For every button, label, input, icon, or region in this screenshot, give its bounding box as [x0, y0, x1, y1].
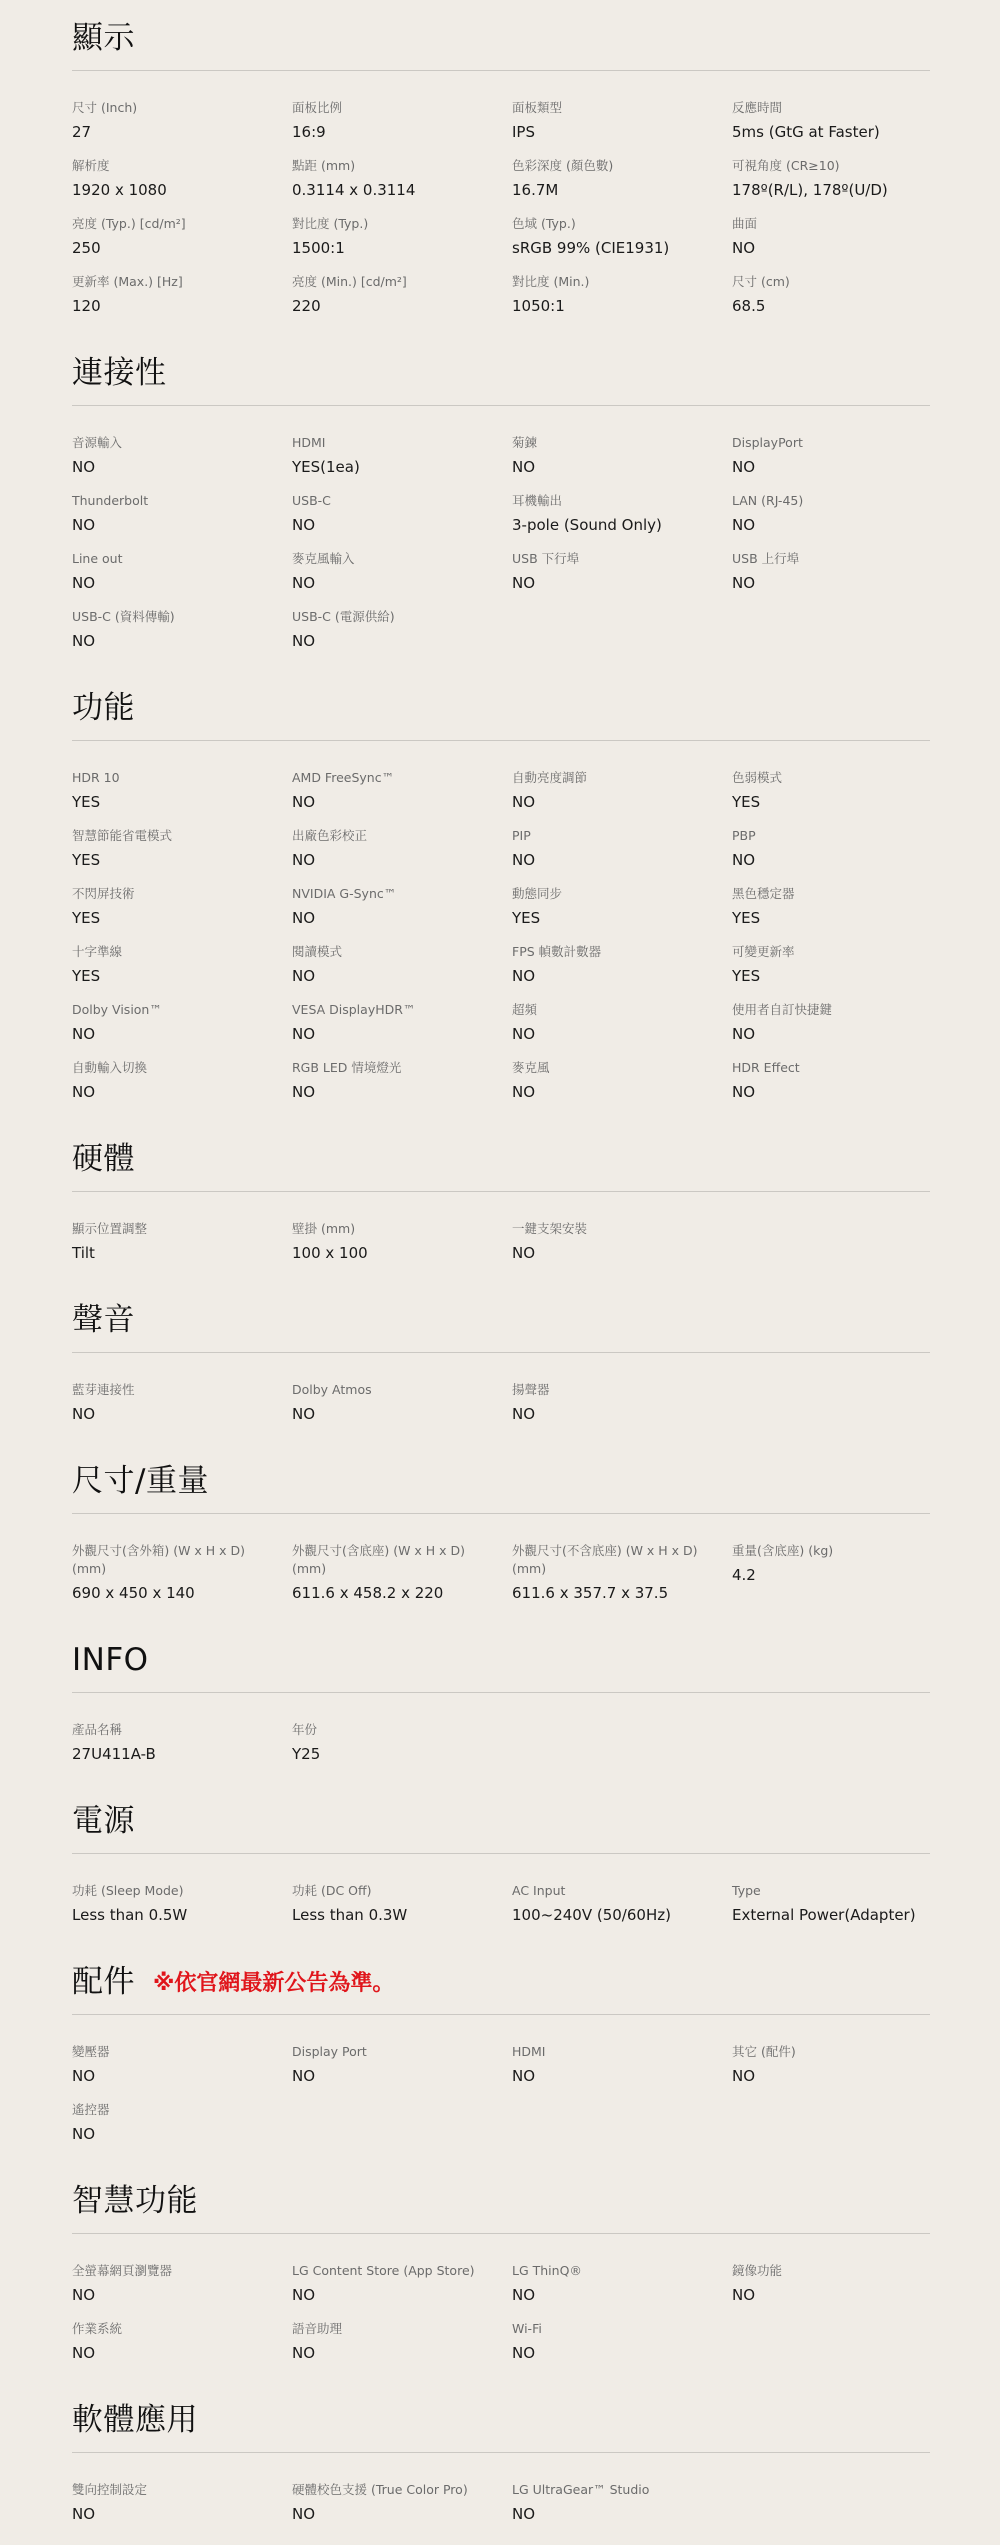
spec-label: LG ThinQ® [512, 2262, 718, 2280]
spec-value: NO [292, 1081, 498, 1103]
spec-value: NO [732, 237, 938, 259]
section-header: 軟體應用 [72, 2400, 930, 2453]
spec-value: NO [72, 2503, 278, 2525]
spec-label: 超頻 [512, 1001, 718, 1019]
spec-section-display: 顯示尺寸 (Inch)27面板比例16:9面板類型IPS反應時間5ms (GtG… [72, 18, 930, 331]
spec-item: 面板類型IPS [512, 99, 732, 143]
spec-label: 智慧節能省電模式 [72, 827, 278, 845]
section-header: 電源 [72, 1801, 930, 1854]
spec-value: 250 [72, 237, 278, 259]
spec-value: NO [512, 1403, 718, 1425]
spec-value: NO [732, 456, 938, 478]
section-header: 顯示 [72, 18, 930, 71]
spec-label: 重量(含底座) (kg) [732, 1542, 938, 1560]
spec-value: NO [732, 572, 938, 594]
spec-value: Tilt [72, 1242, 278, 1264]
spec-label: 亮度 (Typ.) [cd/m²] [72, 215, 278, 233]
section-title: 顯示 [72, 18, 135, 58]
spec-label: 揚聲器 [512, 1381, 718, 1399]
spec-label: 音源輸入 [72, 434, 278, 452]
spec-label: 對比度 (Typ.) [292, 215, 498, 233]
spec-label: USB-C [292, 492, 498, 510]
spec-item: TypeExternal Power(Adapter) [732, 1882, 952, 1926]
section-title: 軟體應用 [72, 2400, 198, 2440]
spec-label: Wi-Fi [512, 2320, 718, 2338]
spec-value: NO [292, 791, 498, 813]
spec-value: NO [512, 1023, 718, 1045]
spec-value: 27 [72, 121, 278, 143]
spec-section-accessories: 配件※依官網最新公告為準。變壓器NODisplay PortNOHDMINO其它… [72, 1962, 930, 2159]
spec-label: 尺寸 (cm) [732, 273, 938, 291]
spec-label: 外觀尺寸(不含底座) (W x H x D) (mm) [512, 1542, 718, 1578]
spec-label: 對比度 (Min.) [512, 273, 718, 291]
spec-label: 壁掛 (mm) [292, 1220, 498, 1238]
spec-value: 68.5 [732, 295, 938, 317]
spec-item: 色域 (Typ.)sRGB 99% (CIE1931) [512, 215, 732, 259]
section-header: 智慧功能 [72, 2181, 930, 2234]
spec-value: NO [292, 572, 498, 594]
spec-item: 遙控器NO [72, 2101, 292, 2145]
spec-label: 黑色穩定器 [732, 885, 938, 903]
spec-value: 611.6 x 357.7 x 37.5 [512, 1582, 718, 1604]
spec-value: 690 x 450 x 140 [72, 1582, 278, 1604]
spec-label: 使用者自訂快捷鍵 [732, 1001, 938, 1019]
spec-value: NO [72, 514, 278, 536]
spec-value: NO [72, 1403, 278, 1425]
spec-label: USB-C (電源供給) [292, 608, 498, 626]
spec-label: 功耗 (Sleep Mode) [72, 1882, 278, 1900]
spec-value: YES [72, 965, 278, 987]
spec-label: Dolby Vision™ [72, 1001, 278, 1019]
spec-value: NO [72, 1023, 278, 1045]
spec-label: HDR 10 [72, 769, 278, 787]
spec-value: IPS [512, 121, 718, 143]
spec-label: 外觀尺寸(含外箱) (W x H x D) (mm) [72, 1542, 278, 1578]
spec-label: 硬體校色支援 (True Color Pro) [292, 2481, 498, 2499]
spec-label: 尺寸 (Inch) [72, 99, 278, 117]
spec-item: NVIDIA G-Sync™NO [292, 885, 512, 929]
spec-label: 不閃屏技術 [72, 885, 278, 903]
spec-value: NO [72, 2342, 278, 2364]
spec-item: 重量(含底座) (kg)4.2 [732, 1542, 952, 1586]
spec-label: Thunderbolt [72, 492, 278, 510]
spec-value: 0.3114 x 0.3114 [292, 179, 498, 201]
spec-label: PIP [512, 827, 718, 845]
spec-label: 耳機輸出 [512, 492, 718, 510]
spec-grid: 變壓器NODisplay PortNOHDMINO其它 (配件)NO遙控器NO [72, 2043, 930, 2159]
spec-item: 外觀尺寸(含外箱) (W x H x D) (mm)690 x 450 x 14… [72, 1542, 292, 1604]
spec-section-smart-features: 智慧功能全螢幕網頁瀏覽器NOLG Content Store (App Stor… [72, 2181, 930, 2378]
spec-label: USB 下行埠 [512, 550, 718, 568]
spec-label: LAN (RJ-45) [732, 492, 938, 510]
spec-label: LG Content Store (App Store) [292, 2262, 498, 2280]
spec-value: 4.2 [732, 1564, 938, 1586]
spec-grid: 外觀尺寸(含外箱) (W x H x D) (mm)690 x 450 x 14… [72, 1542, 930, 1618]
spec-label: Type [732, 1882, 938, 1900]
spec-item: 功耗 (DC Off)Less than 0.3W [292, 1882, 512, 1926]
spec-label: 語音助理 [292, 2320, 498, 2338]
spec-value: NO [512, 849, 718, 871]
spec-item: 外觀尺寸(含底座) (W x H x D) (mm)611.6 x 458.2 … [292, 1542, 512, 1604]
spec-item: 曲面NO [732, 215, 952, 259]
spec-item: HDR EffectNO [732, 1059, 952, 1103]
spec-value: NO [72, 2284, 278, 2306]
spec-item: 十字準線YES [72, 943, 292, 987]
spec-item: USB-CNO [292, 492, 512, 536]
spec-section-power: 電源功耗 (Sleep Mode)Less than 0.5W功耗 (DC Of… [72, 1801, 930, 1940]
spec-section-dimensions-weight: 尺寸/重量外觀尺寸(含外箱) (W x H x D) (mm)690 x 450… [72, 1461, 930, 1618]
spec-value: 178º(R/L), 178º(U/D) [732, 179, 938, 201]
spec-value: NO [732, 2065, 938, 2087]
spec-item: LG UltraGear™ StudioNO [512, 2481, 732, 2525]
spec-label: 十字準線 [72, 943, 278, 961]
spec-label: PBP [732, 827, 938, 845]
spec-value: 120 [72, 295, 278, 317]
spec-item: 色弱模式YES [732, 769, 952, 813]
spec-label: USB 上行埠 [732, 550, 938, 568]
spec-value: NO [732, 514, 938, 536]
spec-value: 27U411A-B [72, 1743, 278, 1765]
spec-section-features: 功能HDR 10YESAMD FreeSync™NO自動亮度調節NO色弱模式YE… [72, 688, 930, 1117]
spec-label: 閱讀模式 [292, 943, 498, 961]
spec-item: ThunderboltNO [72, 492, 292, 536]
spec-label: 自動亮度調節 [512, 769, 718, 787]
section-notice: ※依官網最新公告為準。 [153, 1960, 394, 2004]
spec-value: NO [72, 2123, 278, 2145]
spec-item: USB 下行埠NO [512, 550, 732, 594]
spec-item: Dolby Vision™NO [72, 1001, 292, 1045]
section-header: 硬體 [72, 1139, 930, 1192]
spec-item: 尺寸 (Inch)27 [72, 99, 292, 143]
spec-label: LG UltraGear™ Studio [512, 2481, 718, 2499]
spec-label: 麥克風輸入 [292, 550, 498, 568]
spec-item: 智慧節能省電模式YES [72, 827, 292, 871]
spec-item: 麥克風NO [512, 1059, 732, 1103]
spec-value: NO [72, 1081, 278, 1103]
spec-item: 語音助理NO [292, 2320, 512, 2364]
spec-item: 作業系統NO [72, 2320, 292, 2364]
spec-item: RGB LED 情境燈光NO [292, 1059, 512, 1103]
spec-item: 麥克風輸入NO [292, 550, 512, 594]
section-title: 聲音 [72, 1300, 135, 1340]
spec-item: 年份Y25 [292, 1721, 512, 1765]
spec-value: NO [512, 791, 718, 813]
spec-label: DisplayPort [732, 434, 938, 452]
spec-label: AMD FreeSync™ [292, 769, 498, 787]
spec-label: 面板比例 [292, 99, 498, 117]
spec-label: 可變更新率 [732, 943, 938, 961]
spec-label: 色彩深度 (顏色數) [512, 157, 718, 175]
section-title: 配件 [72, 1962, 135, 2002]
spec-item: Dolby AtmosNO [292, 1381, 512, 1425]
spec-grid: 雙向控制設定NO硬體校色支援 (True Color Pro)NOLG Ultr… [72, 2481, 930, 2539]
section-title: 硬體 [72, 1139, 135, 1179]
section-header: 連接性 [72, 353, 930, 406]
spec-value: NO [72, 456, 278, 478]
spec-item: 顯示位置調整Tilt [72, 1220, 292, 1264]
spec-label: 色弱模式 [732, 769, 938, 787]
spec-label: 自動輸入切換 [72, 1059, 278, 1077]
spec-item: 黑色穩定器YES [732, 885, 952, 929]
spec-grid: 藍芽連接性NODolby AtmosNO揚聲器NO [72, 1381, 930, 1439]
spec-value: NO [72, 572, 278, 594]
spec-item: 藍芽連接性NO [72, 1381, 292, 1425]
spec-item: 使用者自訂快捷鍵NO [732, 1001, 952, 1045]
spec-item: PBPNO [732, 827, 952, 871]
spec-label: HDMI [512, 2043, 718, 2061]
spec-label: 雙向控制設定 [72, 2481, 278, 2499]
spec-page: 顯示尺寸 (Inch)27面板比例16:9面板類型IPS反應時間5ms (GtG… [0, 0, 1000, 2539]
spec-value: NO [732, 2284, 938, 2306]
spec-value: NO [512, 2503, 718, 2525]
spec-value: NO [292, 2503, 498, 2525]
spec-grid: 尺寸 (Inch)27面板比例16:9面板類型IPS反應時間5ms (GtG a… [72, 99, 930, 331]
section-title: 連接性 [72, 353, 167, 393]
spec-item: 耳機輸出3-pole (Sound Only) [512, 492, 732, 536]
spec-item: 菊鍊NO [512, 434, 732, 478]
spec-value: 220 [292, 295, 498, 317]
section-title: 電源 [72, 1801, 135, 1841]
spec-value: Less than 0.3W [292, 1904, 498, 1926]
spec-item: HDMIYES(1ea) [292, 434, 512, 478]
spec-value: 16.7M [512, 179, 718, 201]
spec-grid: 全螢幕網頁瀏覽器NOLG Content Store (App Store)NO… [72, 2262, 930, 2378]
spec-label: AC Input [512, 1882, 718, 1900]
spec-item: 亮度 (Min.) [cd/m²]220 [292, 273, 512, 317]
spec-label: HDMI [292, 434, 498, 452]
spec-value: NO [292, 2065, 498, 2087]
spec-item: 壁掛 (mm)100 x 100 [292, 1220, 512, 1264]
spec-value: YES [732, 965, 938, 987]
spec-label: HDR Effect [732, 1059, 938, 1077]
spec-value: YES [512, 907, 718, 929]
spec-value: NO [732, 849, 938, 871]
spec-label: 曲面 [732, 215, 938, 233]
spec-item: 外觀尺寸(不含底座) (W x H x D) (mm)611.6 x 357.7… [512, 1542, 732, 1604]
spec-grid: 功耗 (Sleep Mode)Less than 0.5W功耗 (DC Off)… [72, 1882, 930, 1940]
spec-item: 動態同步YES [512, 885, 732, 929]
spec-item: AMD FreeSync™NO [292, 769, 512, 813]
spec-label: 全螢幕網頁瀏覽器 [72, 2262, 278, 2280]
spec-value: NO [512, 965, 718, 987]
spec-value: Y25 [292, 1743, 498, 1765]
spec-section-connectivity: 連接性音源輸入NOHDMIYES(1ea)菊鍊NODisplayPortNOTh… [72, 353, 930, 666]
spec-item: 揚聲器NO [512, 1381, 732, 1425]
spec-item: 音源輸入NO [72, 434, 292, 478]
spec-label: 藍芽連接性 [72, 1381, 278, 1399]
spec-item: 尺寸 (cm)68.5 [732, 273, 952, 317]
spec-item: 可視角度 (CR≥10)178º(R/L), 178º(U/D) [732, 157, 952, 201]
spec-label: 動態同步 [512, 885, 718, 903]
spec-label: 點距 (mm) [292, 157, 498, 175]
spec-value: 16:9 [292, 121, 498, 143]
spec-label: VESA DisplayHDR™ [292, 1001, 498, 1019]
spec-label: USB-C (資料傳輸) [72, 608, 278, 626]
spec-value: NO [512, 2065, 718, 2087]
spec-item: AC Input100~240V (50/60Hz) [512, 1882, 732, 1926]
spec-value: NO [292, 1403, 498, 1425]
spec-value: NO [292, 2342, 498, 2364]
spec-label: RGB LED 情境燈光 [292, 1059, 498, 1077]
spec-label: Dolby Atmos [292, 1381, 498, 1399]
spec-label: 功耗 (DC Off) [292, 1882, 498, 1900]
spec-label: Display Port [292, 2043, 498, 2061]
spec-item: USB-C (電源供給)NO [292, 608, 512, 652]
spec-value: External Power(Adapter) [732, 1904, 938, 1926]
spec-item: PIPNO [512, 827, 732, 871]
spec-item: 對比度 (Typ.)1500:1 [292, 215, 512, 259]
spec-value: 100 x 100 [292, 1242, 498, 1264]
spec-item: 色彩深度 (顏色數)16.7M [512, 157, 732, 201]
spec-grid: 音源輸入NOHDMIYES(1ea)菊鍊NODisplayPortNOThund… [72, 434, 930, 666]
spec-value: 611.6 x 458.2 x 220 [292, 1582, 498, 1604]
spec-item: Wi-FiNO [512, 2320, 732, 2364]
spec-item: 亮度 (Typ.) [cd/m²]250 [72, 215, 292, 259]
spec-label: FPS 幀數計數器 [512, 943, 718, 961]
spec-value: Less than 0.5W [72, 1904, 278, 1926]
section-header: 功能 [72, 688, 930, 741]
spec-value: NO [72, 630, 278, 652]
section-header: 聲音 [72, 1300, 930, 1353]
spec-value: 3-pole (Sound Only) [512, 514, 718, 536]
section-title: 功能 [72, 688, 135, 728]
spec-value: NO [512, 1081, 718, 1103]
spec-item: Display PortNO [292, 2043, 512, 2087]
spec-label: 作業系統 [72, 2320, 278, 2338]
spec-item: 點距 (mm)0.3114 x 0.3114 [292, 157, 512, 201]
spec-item: 變壓器NO [72, 2043, 292, 2087]
spec-item: 一鍵支架安裝NO [512, 1220, 732, 1264]
spec-label: 出廠色彩校正 [292, 827, 498, 845]
spec-section-software-apps: 軟體應用雙向控制設定NO硬體校色支援 (True Color Pro)NOLG … [72, 2400, 930, 2539]
spec-item: HDMINO [512, 2043, 732, 2087]
spec-value: 1500:1 [292, 237, 498, 259]
spec-value: 1920 x 1080 [72, 179, 278, 201]
spec-value: NO [292, 630, 498, 652]
spec-item: LAN (RJ-45)NO [732, 492, 952, 536]
spec-label: 反應時間 [732, 99, 938, 117]
spec-label: 麥克風 [512, 1059, 718, 1077]
section-title: 智慧功能 [72, 2181, 198, 2221]
spec-item: 功耗 (Sleep Mode)Less than 0.5W [72, 1882, 292, 1926]
spec-item: 更新率 (Max.) [Hz]120 [72, 273, 292, 317]
spec-item: LG ThinQ®NO [512, 2262, 732, 2306]
spec-label: 面板類型 [512, 99, 718, 117]
spec-label: 鏡像功能 [732, 2262, 938, 2280]
spec-value: NO [292, 514, 498, 536]
spec-value: NO [512, 456, 718, 478]
spec-item: 全螢幕網頁瀏覽器NO [72, 2262, 292, 2306]
spec-label: Line out [72, 550, 278, 568]
spec-item: 解析度1920 x 1080 [72, 157, 292, 201]
spec-value: NO [292, 907, 498, 929]
spec-item: 可變更新率YES [732, 943, 952, 987]
spec-item: 不閃屏技術YES [72, 885, 292, 929]
spec-grid: 產品名稱27U411A-B年份Y25 [72, 1721, 930, 1779]
spec-value: NO [512, 2284, 718, 2306]
spec-value: YES [72, 849, 278, 871]
spec-value: 1050:1 [512, 295, 718, 317]
spec-label: 更新率 (Max.) [Hz] [72, 273, 278, 291]
spec-value: NO [512, 2342, 718, 2364]
spec-value: NO [292, 849, 498, 871]
spec-item: 閱讀模式NO [292, 943, 512, 987]
spec-section-sound: 聲音藍芽連接性NODolby AtmosNO揚聲器NO [72, 1300, 930, 1439]
spec-value: NO [732, 1081, 938, 1103]
section-header: 配件※依官網最新公告為準。 [72, 1962, 930, 2015]
section-title: 尺寸/重量 [72, 1461, 209, 1501]
spec-value: NO [292, 965, 498, 987]
spec-label: 亮度 (Min.) [cd/m²] [292, 273, 498, 291]
spec-value: 100~240V (50/60Hz) [512, 1904, 718, 1926]
spec-item: DisplayPortNO [732, 434, 952, 478]
spec-label: 其它 (配件) [732, 2043, 938, 2061]
spec-value: YES(1ea) [292, 456, 498, 478]
section-title: INFO [72, 1640, 149, 1680]
spec-label: 解析度 [72, 157, 278, 175]
spec-item: 出廠色彩校正NO [292, 827, 512, 871]
spec-grid: HDR 10YESAMD FreeSync™NO自動亮度調節NO色弱模式YES智… [72, 769, 930, 1117]
spec-label: 外觀尺寸(含底座) (W x H x D) (mm) [292, 1542, 498, 1578]
spec-label: NVIDIA G-Sync™ [292, 885, 498, 903]
spec-item: VESA DisplayHDR™NO [292, 1001, 512, 1045]
spec-section-hardware: 硬體顯示位置調整Tilt壁掛 (mm)100 x 100一鍵支架安裝NO [72, 1139, 930, 1278]
spec-value: NO [292, 1023, 498, 1045]
spec-label: 變壓器 [72, 2043, 278, 2061]
spec-label: 可視角度 (CR≥10) [732, 157, 938, 175]
spec-item: 面板比例16:9 [292, 99, 512, 143]
spec-item: 其它 (配件)NO [732, 2043, 952, 2087]
spec-label: 遙控器 [72, 2101, 278, 2119]
spec-item: Line outNO [72, 550, 292, 594]
spec-value: YES [72, 791, 278, 813]
spec-item: 硬體校色支援 (True Color Pro)NO [292, 2481, 512, 2525]
spec-value: NO [292, 2284, 498, 2306]
spec-item: 超頻NO [512, 1001, 732, 1045]
spec-value: YES [732, 907, 938, 929]
spec-item: 自動亮度調節NO [512, 769, 732, 813]
spec-item: HDR 10YES [72, 769, 292, 813]
spec-label: 菊鍊 [512, 434, 718, 452]
spec-value: sRGB 99% (CIE1931) [512, 237, 718, 259]
spec-value: YES [732, 791, 938, 813]
section-header: 尺寸/重量 [72, 1461, 930, 1514]
spec-label: 產品名稱 [72, 1721, 278, 1739]
spec-item: 鏡像功能NO [732, 2262, 952, 2306]
spec-label: 顯示位置調整 [72, 1220, 278, 1238]
spec-value: YES [72, 907, 278, 929]
spec-item: 自動輸入切換NO [72, 1059, 292, 1103]
spec-grid: 顯示位置調整Tilt壁掛 (mm)100 x 100一鍵支架安裝NO [72, 1220, 930, 1278]
spec-label: 年份 [292, 1721, 498, 1739]
spec-value: NO [512, 572, 718, 594]
spec-value: 5ms (GtG at Faster) [732, 121, 938, 143]
spec-item: 對比度 (Min.)1050:1 [512, 273, 732, 317]
spec-label: 一鍵支架安裝 [512, 1220, 718, 1238]
spec-value: NO [72, 2065, 278, 2087]
spec-item: 反應時間5ms (GtG at Faster) [732, 99, 952, 143]
spec-item: USB-C (資料傳輸)NO [72, 608, 292, 652]
spec-item: USB 上行埠NO [732, 550, 952, 594]
spec-item: 產品名稱27U411A-B [72, 1721, 292, 1765]
spec-item: LG Content Store (App Store)NO [292, 2262, 512, 2306]
spec-label: 色域 (Typ.) [512, 215, 718, 233]
spec-value: NO [732, 1023, 938, 1045]
section-header: INFO [72, 1640, 930, 1693]
spec-section-info: INFO產品名稱27U411A-B年份Y25 [72, 1640, 930, 1779]
spec-value: NO [512, 1242, 718, 1264]
spec-item: 雙向控制設定NO [72, 2481, 292, 2525]
